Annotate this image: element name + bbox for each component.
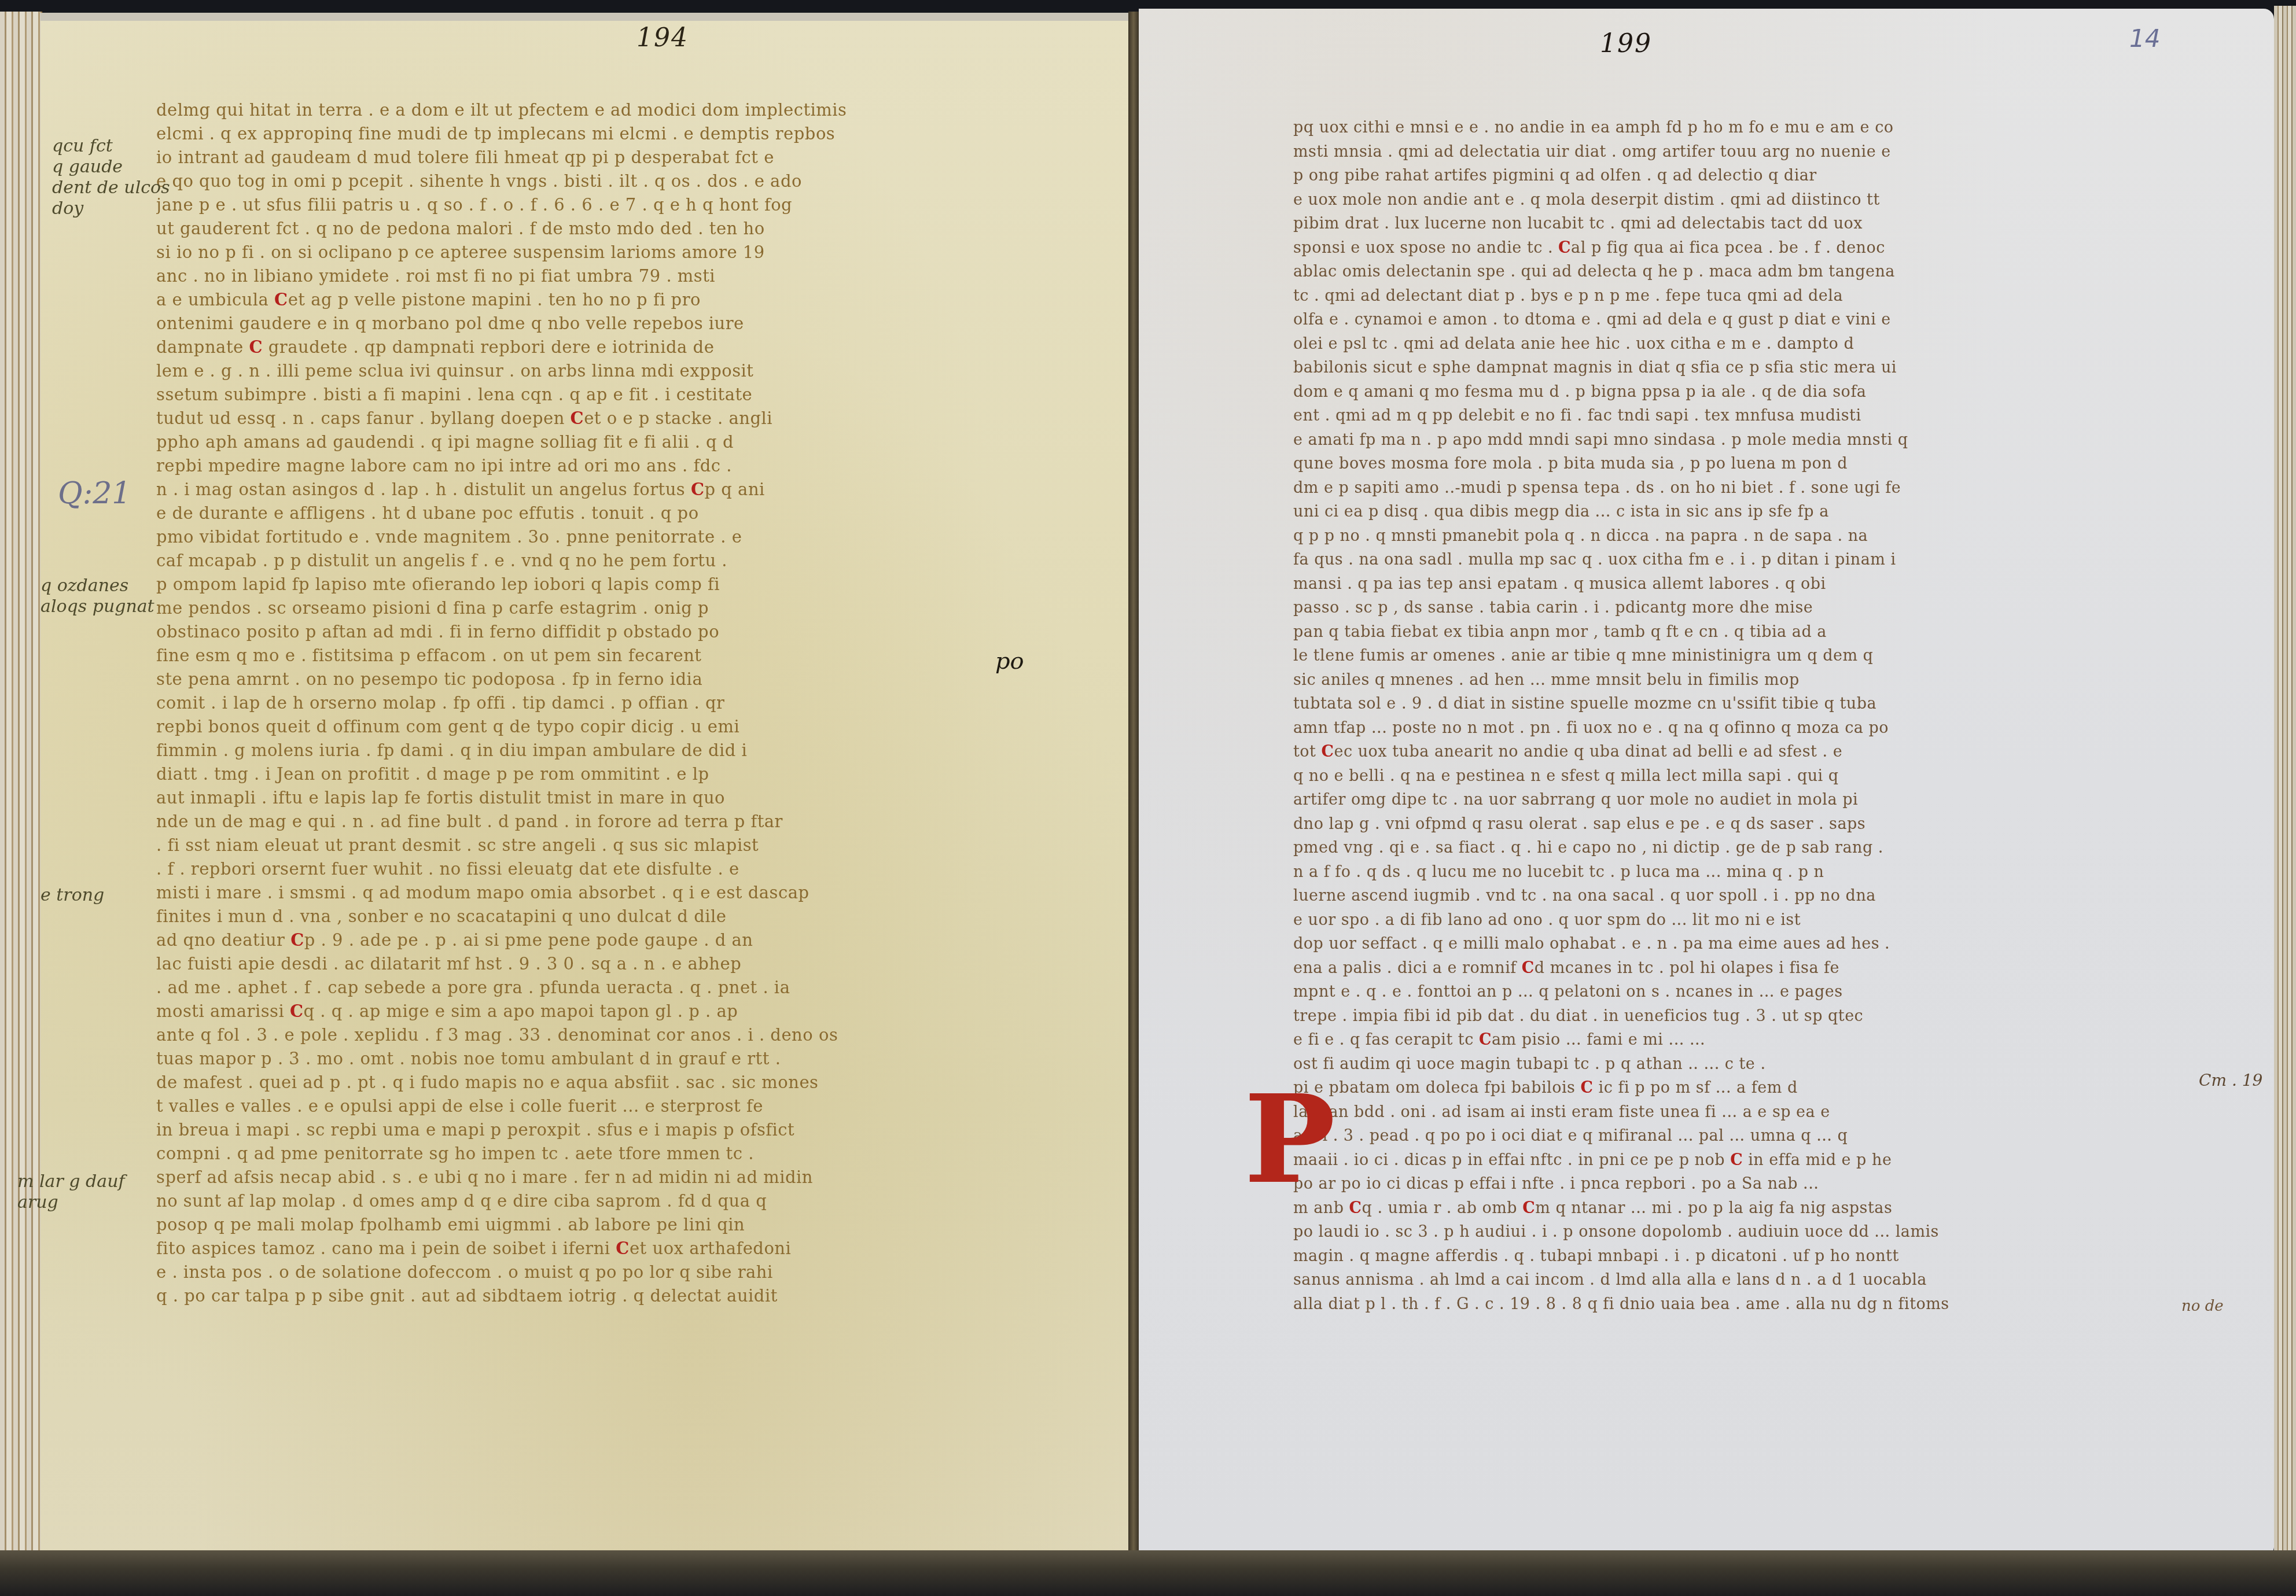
- manuscript-line: pq uox cithi e mnsi e e . no andie in ea…: [1293, 115, 2161, 141]
- manuscript-line: dop uor seffact . q e milli malo ophabat…: [1293, 931, 2161, 957]
- manuscript-line: q . po car talpa p p sibe gnit . aut ad …: [156, 1284, 1024, 1309]
- manuscript-line: e uox mole non andie ant e . q mola dese…: [1293, 187, 2161, 212]
- manuscript-line: fimmin . g molens iuria . fp dami . q in…: [156, 738, 1024, 763]
- manuscript-line: comit . i lap de h orserno molap . fp of…: [156, 691, 1024, 716]
- manuscript-line: sic aniles q mnenes . ad hen ... mme mns…: [1293, 667, 2161, 692]
- manuscript-line: sanus annisma . ah lmd a cai incom . d l…: [1293, 1267, 2161, 1293]
- manuscript-line: n . i mag ostan asingos d . lap . h . di…: [156, 477, 1024, 502]
- manuscript-line: pibim drat . lux lucerne non lucabit tc …: [1293, 211, 2161, 237]
- manuscript-line: sperf ad afsis necap abid . s . e ubi q …: [156, 1165, 1024, 1190]
- manuscript-line: msti mnsia . qmi ad delectatia uir diat …: [1293, 139, 2161, 164]
- manuscript-line: caf mcapab . p p distulit un angelis f .…: [156, 548, 1024, 573]
- folio-number-right: 199: [1600, 29, 1652, 58]
- manuscript-line: aut inmapli . iftu e lapis lap fe fortis…: [156, 786, 1024, 810]
- margin-note-pencil: Q:21: [58, 483, 131, 504]
- manuscript-line: olfa e . cynamoi e amon . to dtoma e . q…: [1293, 307, 2161, 333]
- manuscript-line: dno lap g . vni ofpmd q rasu olerat . sa…: [1293, 811, 2161, 836]
- manuscript-line: obstinaco posito p aftan ad mdi . fi in …: [156, 620, 1024, 644]
- rubricated-initial: C: [1479, 1030, 1492, 1049]
- manuscript-line: tudut ud essq . n . caps fanur . byllang…: [156, 406, 1024, 431]
- manuscript-line: e qo quo tog in omi p pcepit . sihente h…: [156, 169, 1024, 194]
- manuscript-line: q p p no . q mnsti pmanebit pola q . n d…: [1293, 523, 2161, 548]
- rubricated-initial: C: [1322, 742, 1334, 761]
- manuscript-line: misti i mare . i smsmi . q ad modum mapo…: [156, 880, 1024, 905]
- manuscript-line: laudan bdd . oni . ad isam ai insti eram…: [1293, 1099, 2161, 1125]
- manuscript-line: pmo vibidat fortitudo e . vnde magnitem …: [156, 525, 1024, 550]
- manuscript-line: ontenimi gaudere e in q morbano pol dme …: [156, 311, 1024, 336]
- margin-note-line: q gaude: [52, 157, 170, 178]
- manuscript-line: t valles e valles . e e opulsi appi de e…: [156, 1094, 1024, 1119]
- manuscript-line: e amati fp ma n . p apo mdd mndi sapi mn…: [1293, 427, 2161, 452]
- manuscript-line: ena a palis . dici a e romnif Cd mcanes …: [1293, 955, 2161, 981]
- binding-bottom: [0, 1550, 2296, 1596]
- margin-note-line: q ozdanes: [41, 576, 154, 596]
- manuscript-line: tuas mapor p . 3 . mo . omt . nobis noe …: [156, 1046, 1024, 1071]
- manuscript-line: ssetum subimpre . bisti a fi mapini . le…: [156, 382, 1024, 407]
- manuscript-line: magin . q magne afferdis . q . tubapi mn…: [1293, 1243, 2161, 1269]
- rubricated-initial: C: [571, 408, 584, 429]
- margin-note-right-1: Cm . 19: [2199, 1070, 2262, 1091]
- manuscript-line: compni . q ad pme penitorrate sg ho impe…: [156, 1141, 1024, 1166]
- manuscript-line: anc . no in libiano ymidete . roi mst fi…: [156, 264, 1024, 289]
- manuscript-line: q no e belli . q na e pestinea n e sfest…: [1293, 763, 2161, 788]
- rubricated-initial: C: [616, 1238, 630, 1259]
- rubricated-initial: C: [1558, 238, 1571, 257]
- manuscript-line: fito aspices tamoz . cano ma i pein de s…: [156, 1236, 1024, 1261]
- manuscript-line: qune boves mosma fore mola . p bita muda…: [1293, 451, 2161, 477]
- decorated-initial-p: P: [1244, 1073, 1313, 1212]
- manuscript-line: n a f fo . q ds . q lucu me no lucebit t…: [1293, 859, 2161, 884]
- manuscript-line: p ompom lapid fp lapiso mte ofierando le…: [156, 572, 1024, 597]
- manuscript-line: olei e psl tc . qmi ad delata anie hee h…: [1293, 331, 2161, 356]
- manuscript-line: tubtata sol e . 9 . d diat in sistine sp…: [1293, 691, 2161, 717]
- margin-note-line: aloqs pugnat: [41, 596, 154, 617]
- manuscript-line: mansi . q pa ias tep ansi epatam . q mus…: [1293, 571, 2161, 596]
- manuscript-line: maaii . io ci . dicas p in effai nftc . …: [1293, 1147, 2161, 1173]
- rubricated-initial: C: [274, 289, 288, 310]
- manuscript-line: alla diat p l . th . f . G . c . 19 . 8 …: [1293, 1291, 2161, 1317]
- manuscript-line: dm e p sapiti amo ..-mudi p spensa tepa …: [1293, 475, 2161, 500]
- manuscript-line: lem e . g . n . illi peme sclua ivi quin…: [156, 359, 1024, 384]
- rubricated-initial: C: [1522, 959, 1535, 978]
- margin-note-right-2: no de: [2181, 1296, 2224, 1317]
- manuscript-line: in breua i mapi . sc repbi uma e mapi p …: [156, 1118, 1024, 1142]
- manuscript-line: elcmi . q ex appropinq fine mudi de tp i…: [156, 121, 1024, 146]
- rubricated-initial: C: [249, 337, 263, 357]
- manuscript-line: ante q fol . 3 . e pole . xeplidu . f 3 …: [156, 1023, 1024, 1048]
- manuscript-line: diatt . tmg . i Jean on profitit . d mag…: [156, 762, 1024, 787]
- manuscript-line: sponsi e uox spose no andie tc . Cal p f…: [1293, 235, 2161, 260]
- manuscript-line: dampnate C graudete . qp dampnati repbor…: [156, 335, 1024, 360]
- manuscript-line: fine esm q mo e . fistitsima p effacom .…: [156, 643, 1024, 668]
- shelf-mark: 14: [2129, 24, 2160, 53]
- manuscript-line: e uor spo . a di fib lano ad ono . q uor…: [1293, 907, 2161, 932]
- margin-note-left-lower: e trong: [41, 885, 104, 906]
- manuscript-line: e de durante e affligens . ht d ubane po…: [156, 501, 1024, 526]
- manuscript-line: art i . 3 . pead . q po po i oci diat e …: [1293, 1123, 2161, 1149]
- rubricated-initial: C: [290, 1001, 304, 1022]
- manuscript-line: pmed vng . qi e . sa fiact . q . hi e ca…: [1293, 835, 2161, 861]
- manuscript-line: po laudi io . sc 3 . p h audiui . i . p …: [1293, 1219, 2161, 1245]
- manuscript-line: lac fuisti apie desdi . ac dilatarit mf …: [156, 952, 1024, 976]
- manuscript-line: ent . qmi ad m q pp delebit e no fi . fa…: [1293, 403, 2161, 429]
- margin-note-left-top: qcu fct q gaude dent de ulcos doy: [52, 136, 170, 219]
- manuscript-line: ppho aph amans ad gaudendi . q ipi magne…: [156, 430, 1024, 455]
- manuscript-line: . f . repbori orsernt fuer wuhit . no fi…: [156, 857, 1024, 882]
- manuscript-line: finites i mun d . vna , sonber e no scac…: [156, 904, 1024, 929]
- right-page-edges: [2274, 6, 2296, 1562]
- manuscript-line: luerne ascend iugmib . vnd tc . na ona s…: [1293, 883, 2161, 909]
- manuscript-line: m anb Cq . umia r . ab omb Cm q ntanar .…: [1293, 1195, 2161, 1221]
- manuscript-line: mosti amarissi Cq . q . ap mige e sim a …: [156, 999, 1024, 1024]
- manuscript-line: nde un de mag e qui . n . ad fine bult .…: [156, 809, 1024, 834]
- manuscript-line: repbi mpedire magne labore cam no ipi in…: [156, 454, 1024, 478]
- manuscript-line: tc . qmi ad delectant diat p . bys e p n…: [1293, 283, 2161, 308]
- manuscript-line: . fi sst niam eleuat ut prant desmit . s…: [156, 833, 1024, 858]
- manuscript-line: e . insta pos . o de solatione dofeccom …: [156, 1260, 1024, 1285]
- manuscript-line: posop q pe mali molap fpolhamb emi uigmm…: [156, 1212, 1024, 1237]
- margin-note-line: qcu fct: [52, 136, 170, 157]
- manuscript-line: passo . sc p , ds sanse . tabia carin . …: [1293, 595, 2161, 621]
- margin-note-line: dent de ulcos: [52, 178, 170, 198]
- manuscript-line: e fi e . q fas cerapit tc Cam pisio ... …: [1293, 1027, 2161, 1053]
- book-spine-gutter: [1128, 12, 1139, 1573]
- manuscript-line: babilonis sicut e sphe dampnat magnis in…: [1293, 355, 2161, 381]
- manuscript-line: . ad me . aphet . f . cap sebede a pore …: [156, 975, 1024, 1000]
- rubricated-initial: C: [691, 479, 705, 500]
- manuscript-line: fa qus . na ona sadl . mulla mp sac q . …: [1293, 547, 2161, 573]
- manuscript-line: pan q tabia fiebat ex tibia anpn mor , t…: [1293, 619, 2161, 644]
- manuscript-line: po ar po io ci dicas p effai i nfte . i …: [1293, 1171, 2161, 1197]
- manuscript-line: me pendos . sc orseamo pisioni d fina p …: [156, 596, 1024, 621]
- manuscript-line: ad qno deatiur Cp . 9 . ade pe . p . ai …: [156, 928, 1024, 953]
- manuscript-line: jane p e . ut sfus filii patris u . q so…: [156, 193, 1024, 218]
- manuscript-line: si io no p fi . on si oclipano p ce apte…: [156, 240, 1024, 265]
- manuscript-line: ste pena amrnt . on no pesempo tic podop…: [156, 667, 1024, 692]
- rubricated-initial: C: [1522, 1199, 1535, 1218]
- rubricated-initial: C: [1349, 1199, 1362, 1218]
- manuscript-line: tot Cec uox tuba anearit no andie q uba …: [1293, 739, 2161, 765]
- manuscript-line: io intrant ad gaudeam d mud tolere fili …: [156, 145, 1024, 170]
- manuscript-line: a e umbicula Cet ag p velle pistone mapi…: [156, 287, 1024, 312]
- folio-number-left: 194: [636, 23, 689, 53]
- rubricated-initial: C: [1581, 1078, 1594, 1097]
- manuscript-line: trepe . impia fibi id pib dat . du diat …: [1293, 1003, 2161, 1029]
- margin-note-left-bottom: m lar g dauf arug: [17, 1171, 125, 1213]
- left-page-edges: [0, 12, 42, 1556]
- manuscript-line: ost fi audim qi uoce magin tubapi tc . p…: [1293, 1051, 2161, 1077]
- margin-note-left-middle: q ozdanes aloqs pugnat: [41, 576, 154, 617]
- manuscript-line: delmg qui hitat in terra . e a dom e ilt…: [156, 98, 1024, 123]
- margin-note-line: doy: [52, 198, 170, 219]
- manuscript-line: uni ci ea p disq . qua dibis megp dia ..…: [1293, 499, 2161, 525]
- rubricated-initial: C: [290, 930, 304, 950]
- manuscript-line: p ong pibe rahat artifes pigmini q ad ol…: [1293, 163, 2161, 189]
- margin-note-line: m lar g dauf: [17, 1171, 125, 1192]
- manuscript-line: ablac omis delectanin spe . qui ad delec…: [1293, 259, 2161, 285]
- manuscript-line: mpnt e . q . e . fonttoi an p ... q pela…: [1293, 979, 2161, 1005]
- manuscript-line: repbi bonos queit d offinum com gent q d…: [156, 714, 1024, 739]
- manuscript-line: amn tfap ... poste no n mot . pn . fi uo…: [1293, 715, 2161, 740]
- margin-note-line: arug: [17, 1192, 125, 1213]
- left-page-text-block: delmg qui hitat in terra . e a dom e ilt…: [156, 98, 1024, 1308]
- manuscript-line: pi e pbatam om doleca fpi babilois C ic …: [1293, 1075, 2161, 1101]
- manuscript-line: dom e q amani q mo fesma mu d . p bigna …: [1293, 379, 2161, 404]
- right-page-text-block: pq uox cithi e mnsi e e . no andie in ea…: [1293, 116, 2161, 1316]
- margin-note-po: po: [995, 651, 1024, 672]
- rubricated-initial: C: [1730, 1151, 1743, 1170]
- manuscript-line: le tlene fumis ar omenes . anie ar tibie…: [1293, 643, 2161, 669]
- manuscript-line: artifer omg dipe tc . na uor sabrrang q …: [1293, 787, 2161, 813]
- manuscript-line: de mafest . quei ad p . pt . q i fudo ma…: [156, 1070, 1024, 1095]
- manuscript-line: ut gauderent fct . q no de pedona malori…: [156, 216, 1024, 241]
- manuscript-line: no sunt af lap molap . d omes amp d q e …: [156, 1189, 1024, 1214]
